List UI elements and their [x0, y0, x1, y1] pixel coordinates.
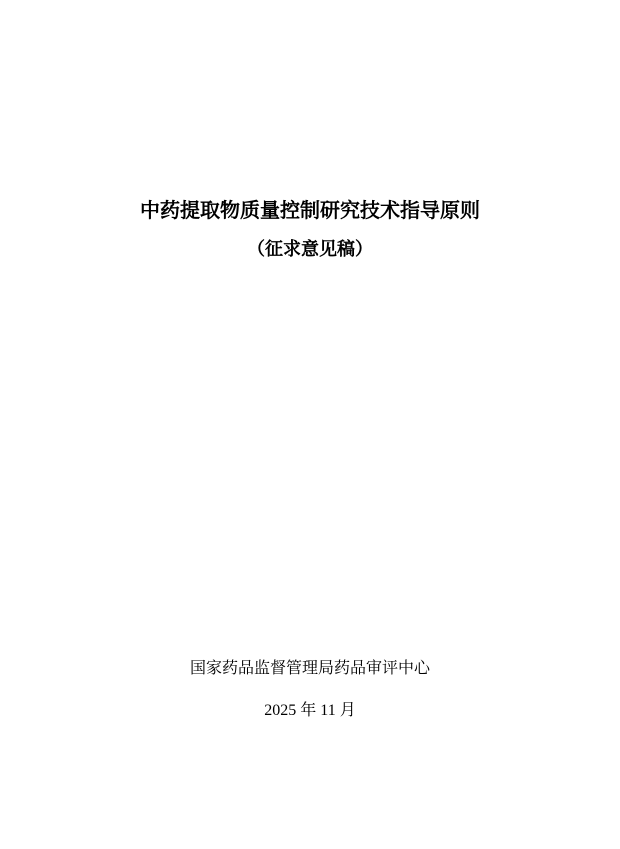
document-title: 中药提取物质量控制研究技术指导原则	[0, 197, 620, 223]
document-cover-page: 中药提取物质量控制研究技术指导原则 （征求意见稿） 国家药品监督管理局药品审评中…	[0, 0, 620, 849]
document-subtitle: （征求意见稿）	[0, 237, 620, 263]
issue-date: 2025 年 11 月	[0, 700, 620, 722]
issuing-organization: 国家药品监督管理局药品审评中心	[0, 657, 620, 679]
